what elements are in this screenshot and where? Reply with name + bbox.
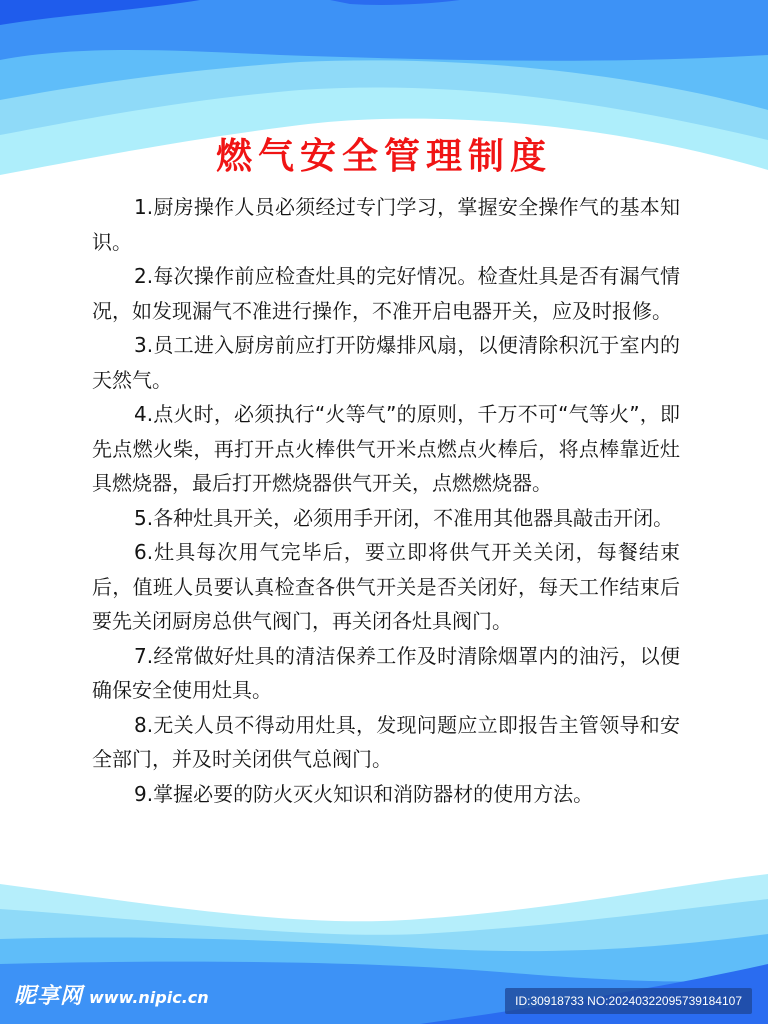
watermark-logo: 昵享网 www.nipic.cn [14, 979, 209, 1010]
watermark-id-badge: ID:30918733 NO:20240322095739184107 [505, 988, 752, 1014]
rule-item-5: 5.各种灶具开关，必须用手开闭，不准用其他器具敲击开闭。 [92, 501, 680, 536]
rule-item-2: 2.每次操作前应检查灶具的完好情况。检查灶具是否有漏气情况，如发现漏气不准进行操… [92, 259, 680, 328]
watermark-url: www.nipic.cn [89, 988, 209, 1007]
rule-item-1: 1.厨房操作人员必须经过专门学习，掌握安全操作气的基本知识。 [92, 190, 680, 259]
rule-item-9: 9.掌握必要的防火灭火知识和消防器材的使用方法。 [92, 777, 680, 812]
rule-item-7: 7.经常做好灶具的清洁保养工作及时清除烟罩内的油污，以便确保安全使用灶具。 [92, 639, 680, 708]
rules-list: 1.厨房操作人员必须经过专门学习，掌握安全操作气的基本知识。 2.每次操作前应检… [92, 190, 680, 811]
rule-item-8: 8.无关人员不得动用灶具，发现问题应立即报告主管领导和安全部门，并及时关闭供气总… [92, 708, 680, 777]
watermark-brand: 昵享网 [14, 979, 83, 1010]
rule-item-6: 6.灶具每次用气完毕后，要立即将供气开关关闭，每餐结束后，值班人员要认真检查各供… [92, 535, 680, 639]
rule-item-4: 4.点火时，必须执行“火等气”的原则，千万不可“气等火”，即先点燃火柴，再打开点… [92, 397, 680, 501]
rule-item-3: 3.员工进入厨房前应打开防爆排风扇，以便清除积沉于室内的天然气。 [92, 328, 680, 397]
page-title: 燃气安全管理制度 [0, 128, 768, 179]
